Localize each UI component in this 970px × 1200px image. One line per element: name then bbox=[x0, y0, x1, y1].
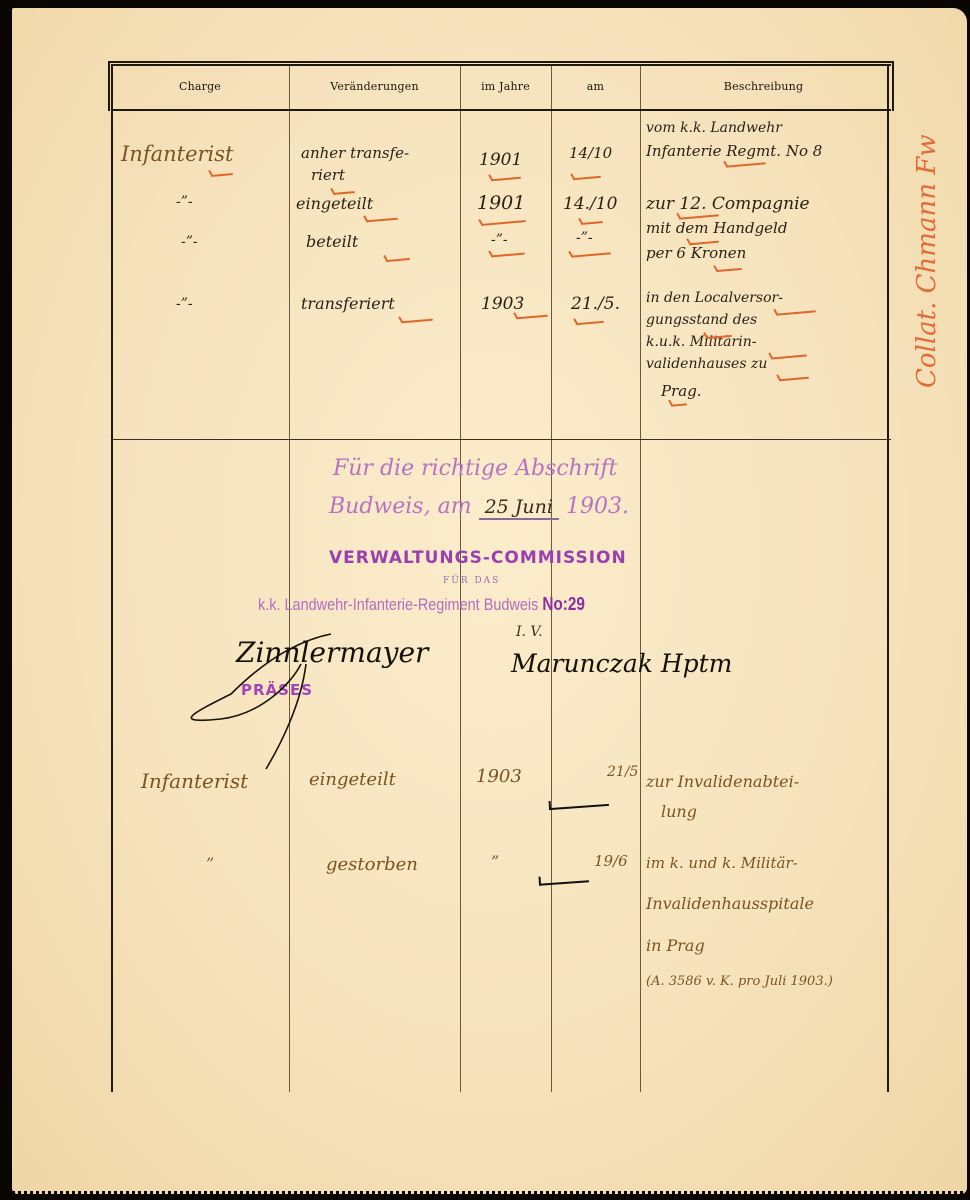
check-mark-icon bbox=[779, 377, 809, 382]
year-cell: 1903 bbox=[481, 294, 524, 314]
description-cell-cont: per 6 Kronen bbox=[646, 244, 746, 262]
date-cell: 19/6 bbox=[594, 852, 628, 870]
description-cell: im k. und k. Militär- bbox=[646, 854, 798, 872]
veraenderungen-cell: anher transfe- bbox=[301, 144, 409, 162]
year-cell: 1901 bbox=[477, 192, 525, 214]
description-cell-cont: k.u.k. Militärin- bbox=[646, 334, 756, 350]
description-cell-cont: Prag. bbox=[661, 382, 702, 400]
check-mark-icon bbox=[386, 258, 410, 262]
charge-cell: Infanterist bbox=[121, 142, 233, 166]
charge-cell: -”- bbox=[176, 194, 193, 210]
section-divider-rule bbox=[111, 439, 891, 440]
year-cell: 1903 bbox=[476, 766, 522, 787]
column-header-am: am bbox=[551, 64, 640, 108]
year-cell: ” bbox=[491, 852, 499, 871]
check-mark-icon bbox=[671, 403, 687, 406]
charge-cell: ” bbox=[206, 854, 214, 873]
check-mark-icon bbox=[211, 173, 233, 177]
date-cell: -”- bbox=[576, 230, 593, 246]
veraenderungen-cell-cont: riert bbox=[311, 166, 345, 184]
column-header-charge: Charge bbox=[111, 64, 289, 108]
stamp-line-place: Budweis, am 25 Juni 1903. bbox=[329, 494, 629, 519]
description-cell-cont: in Prag bbox=[646, 936, 705, 955]
description-cell-cont: Invalidenhausspitale bbox=[646, 894, 814, 913]
check-mark-icon bbox=[776, 310, 816, 315]
description-cell-cont: Infanterie Regmt. No 8 bbox=[646, 142, 822, 160]
stamp-line-regiment: k.k. Landwehr-Infanterie-Regiment Budwei… bbox=[258, 594, 585, 615]
date-cell: 21/5 bbox=[607, 764, 638, 780]
check-mark-icon bbox=[481, 220, 526, 226]
description-cell-cont: gungsstand des bbox=[646, 312, 757, 328]
veraenderungen-cell: eingeteilt bbox=[309, 769, 396, 790]
check-mark-icon bbox=[491, 177, 521, 182]
stamp-place-prefix: Budweis, am bbox=[329, 494, 472, 519]
column-divider bbox=[551, 64, 552, 1092]
check-mark-icon bbox=[771, 354, 807, 359]
signature-flourish-icon bbox=[181, 624, 351, 774]
column-header-beschreibung: Beschreibung bbox=[640, 64, 887, 108]
description-cell-cont: (A. 3586 v. K. pro Juli 1903.) bbox=[646, 974, 833, 989]
stamp-handwritten-date: 25 Juni bbox=[479, 496, 559, 520]
document-page: Charge Veränderungen im Jahre am Beschre… bbox=[12, 8, 967, 1194]
year-cell: -”- bbox=[491, 232, 508, 248]
veraenderungen-cell: beteilt bbox=[306, 232, 358, 251]
description-cell: zur 12. Compagnie bbox=[646, 194, 810, 214]
check-mark-icon bbox=[576, 321, 604, 325]
margin-annotation-collationed: Collat. Chmann Fw bbox=[912, 135, 942, 389]
column-divider bbox=[640, 64, 641, 1092]
date-cell: 21./5. bbox=[571, 294, 620, 314]
column-header-veraenderungen: Veränderungen bbox=[289, 64, 460, 108]
description-cell: zur Invalidenabtei- bbox=[646, 772, 799, 791]
check-mark-icon bbox=[573, 176, 601, 180]
table-border-left bbox=[111, 64, 113, 1092]
description-cell: vom k.k. Landwehr bbox=[646, 120, 782, 136]
bracket-mark-icon bbox=[549, 804, 609, 810]
check-mark-icon bbox=[571, 252, 611, 257]
table-border-right bbox=[887, 64, 889, 1092]
check-mark-icon bbox=[366, 218, 398, 223]
table-outer-border-top bbox=[108, 61, 894, 63]
charge-cell: -”- bbox=[181, 234, 198, 250]
table-outer-border-right bbox=[892, 61, 894, 111]
header-bottom-rule bbox=[111, 109, 891, 111]
check-mark-icon bbox=[716, 268, 742, 272]
record-table: Charge Veränderungen im Jahre am Beschre… bbox=[111, 64, 891, 1092]
signature-right: Marunczak Hptm bbox=[511, 649, 732, 678]
check-mark-icon bbox=[726, 162, 766, 167]
column-header-im-jahre: im Jahre bbox=[460, 64, 551, 108]
stamp-regiment-number: No:29 bbox=[542, 594, 585, 614]
check-mark-icon bbox=[581, 221, 603, 225]
stamp-line-fuer-das: FÜR DAS bbox=[443, 576, 500, 586]
veraenderungen-cell: transferiert bbox=[301, 294, 395, 313]
check-mark-icon bbox=[401, 319, 433, 324]
stamp-year: 1903. bbox=[566, 494, 629, 519]
veraenderungen-cell: gestorben bbox=[326, 854, 418, 875]
stamp-line-certified-copy: Für die richtige Abschrift bbox=[333, 456, 617, 481]
table-outer-border-left bbox=[108, 61, 110, 111]
stamp-regiment-name: k.k. Landwehr-Infanterie-Regiment Budwei… bbox=[258, 595, 538, 614]
stamp-line-commission: VERWALTUNGS-COMMISSION bbox=[329, 548, 627, 568]
description-cell-cont: validenhauses zu bbox=[646, 356, 767, 372]
veraenderungen-cell: eingeteilt bbox=[296, 194, 373, 213]
year-cell: 1901 bbox=[479, 150, 522, 170]
date-cell: 14./10 bbox=[563, 194, 617, 214]
date-cell: 14/10 bbox=[569, 144, 612, 162]
column-divider bbox=[289, 64, 290, 1092]
description-cell-cont: lung bbox=[661, 802, 697, 821]
description-cell: mit dem Handgeld bbox=[646, 219, 787, 237]
charge-cell: -”- bbox=[176, 296, 193, 312]
iv-note: I. V. bbox=[516, 624, 543, 640]
bracket-mark-icon bbox=[539, 880, 589, 885]
check-mark-icon bbox=[516, 315, 548, 320]
description-cell: in den Localversor- bbox=[646, 290, 783, 306]
check-mark-icon bbox=[491, 253, 525, 258]
charge-cell: Infanterist bbox=[141, 769, 248, 793]
